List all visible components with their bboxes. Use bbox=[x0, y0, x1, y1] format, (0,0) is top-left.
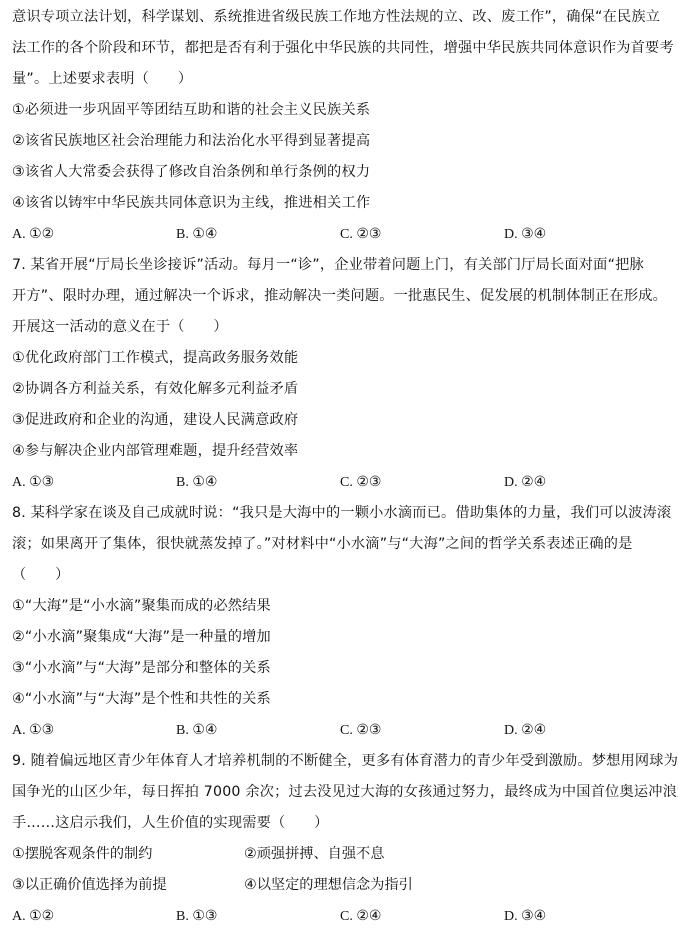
choice-b[interactable]: B. ①④ bbox=[176, 715, 340, 746]
question-stem-line: 国争光的山区少年，每日挥拍 7000 余次；过去没见过大海的女孩通过努力，最终成… bbox=[12, 777, 678, 808]
choice-a[interactable]: A. ①③ bbox=[12, 715, 176, 746]
choice-b[interactable]: B. ①④ bbox=[176, 219, 340, 250]
statement-option-row: ③以正确价值选择为前提 ④以坚定的理想信念为指引 bbox=[12, 870, 678, 901]
question-stem-line: 开展这一活动的意义在于（ ） bbox=[12, 312, 678, 343]
answer-choices: A. ①② B. ①④ C. ②③ D. ③④ bbox=[12, 219, 678, 250]
answer-choices: A. ①② B. ①③ C. ②④ D. ③④ bbox=[12, 901, 678, 932]
question-7: 7. 某省开展“厅局长坐诊接诉”活动。每月一“诊”，企业带着问题上门，有关部门厅… bbox=[12, 250, 678, 498]
statement-option-row: ①摆脱客观条件的制约 ②顽强拼搏、自强不息 bbox=[12, 839, 678, 870]
statement-option: ①优化政府部门工作模式，提高政务服务效能 bbox=[12, 343, 678, 374]
statement-option: ②该省民族地区社会治理能力和法治化水平得到显著提高 bbox=[12, 126, 678, 157]
question-stem-line: （ ） bbox=[12, 560, 678, 591]
statement-option: ③该省人大常委会获得了修改自治条例和单行条例的权力 bbox=[12, 157, 678, 188]
question-stem-line: 量”。上述要求表明（ ） bbox=[12, 64, 678, 95]
choice-a[interactable]: A. ①③ bbox=[12, 467, 176, 498]
statement-option: ②协调各方利益关系，有效化解多元利益矛盾 bbox=[12, 374, 678, 405]
statement-option: ①“大海”是“小水滴”聚集而成的必然结果 bbox=[12, 591, 678, 622]
statement-option: ②“小水滴”聚集成“大海”是一种量的增加 bbox=[12, 622, 678, 653]
choice-b[interactable]: B. ①④ bbox=[176, 467, 340, 498]
choice-d[interactable]: D. ③④ bbox=[504, 901, 668, 932]
question-8: 8. 某科学家在谈及自己成就时说：“我只是大海中的一颗小水滴而已。借助集体的力量… bbox=[12, 498, 678, 746]
question-stem-line: 开方”、限时办理，通过解决一个诉求，推动解决一类问题。一批惠民生、促发展的机制体… bbox=[12, 281, 678, 312]
statement-option: ②顽强拼搏、自强不息 bbox=[244, 839, 384, 870]
question-stem-line: 7. 某省开展“厅局长坐诊接诉”活动。每月一“诊”，企业带着问题上门，有关部门厅… bbox=[12, 250, 678, 281]
question-stem-line: 滚；如果离开了集体，很快就蒸发掉了。”对材料中“小水滴”与“大海”之间的哲学关系… bbox=[12, 529, 678, 560]
choice-b[interactable]: B. ①③ bbox=[176, 901, 340, 932]
question-stem-line: 手……这启示我们，人生价值的实现需要（ ） bbox=[12, 808, 678, 839]
question-stem-line: 9. 随着偏远地区青少年体育人才培养机制的不断健全，更多有体育潜力的青少年受到激… bbox=[12, 746, 678, 777]
question-9: 9. 随着偏远地区青少年体育人才培养机制的不断健全，更多有体育潜力的青少年受到激… bbox=[12, 746, 678, 932]
statement-option: ④以坚定的理想信念为指引 bbox=[244, 870, 413, 901]
choice-c[interactable]: C. ②③ bbox=[340, 219, 504, 250]
statement-option: ④参与解决企业内部管理难题，提升经营效率 bbox=[12, 436, 678, 467]
exam-page: 意识专项立法计划，科学谋划、系统推进省级民族工作地方性法规的立、改、废工作”，确… bbox=[0, 0, 678, 932]
choice-d[interactable]: D. ②④ bbox=[504, 467, 668, 498]
answer-choices: A. ①③ B. ①④ C. ②③ D. ②④ bbox=[12, 715, 678, 746]
statement-option: ①必须进一步巩固平等团结互助和谐的社会主义民族关系 bbox=[12, 95, 678, 126]
question-stem-line: 意识专项立法计划，科学谋划、系统推进省级民族工作地方性法规的立、改、废工作”，确… bbox=[12, 2, 678, 33]
statement-option: ④“小水滴”与“大海”是个性和共性的关系 bbox=[12, 684, 678, 715]
choice-c[interactable]: C. ②③ bbox=[340, 715, 504, 746]
choice-d[interactable]: D. ③④ bbox=[504, 219, 668, 250]
choice-a[interactable]: A. ①② bbox=[12, 219, 176, 250]
statement-option: ④该省以铸牢中华民族共同体意识为主线，推进相关工作 bbox=[12, 188, 678, 219]
question-6: 意识专项立法计划，科学谋划、系统推进省级民族工作地方性法规的立、改、废工作”，确… bbox=[12, 2, 678, 250]
choice-c[interactable]: C. ②④ bbox=[340, 901, 504, 932]
question-stem-line: 8. 某科学家在谈及自己成就时说：“我只是大海中的一颗小水滴而已。借助集体的力量… bbox=[12, 498, 678, 529]
choice-d[interactable]: D. ②④ bbox=[504, 715, 668, 746]
question-stem-line: 法工作的各个阶段和环节，都把是否有利于强化中华民族的共同性，增强中华民族共同体意… bbox=[12, 33, 678, 64]
choice-a[interactable]: A. ①② bbox=[12, 901, 176, 932]
statement-option: ①摆脱客观条件的制约 bbox=[12, 839, 244, 870]
statement-option: ③促进政府和企业的沟通，建设人民满意政府 bbox=[12, 405, 678, 436]
statement-option: ③“小水滴”与“大海”是部分和整体的关系 bbox=[12, 653, 678, 684]
statement-option: ③以正确价值选择为前提 bbox=[12, 870, 244, 901]
choice-c[interactable]: C. ②③ bbox=[340, 467, 504, 498]
answer-choices: A. ①③ B. ①④ C. ②③ D. ②④ bbox=[12, 467, 678, 498]
